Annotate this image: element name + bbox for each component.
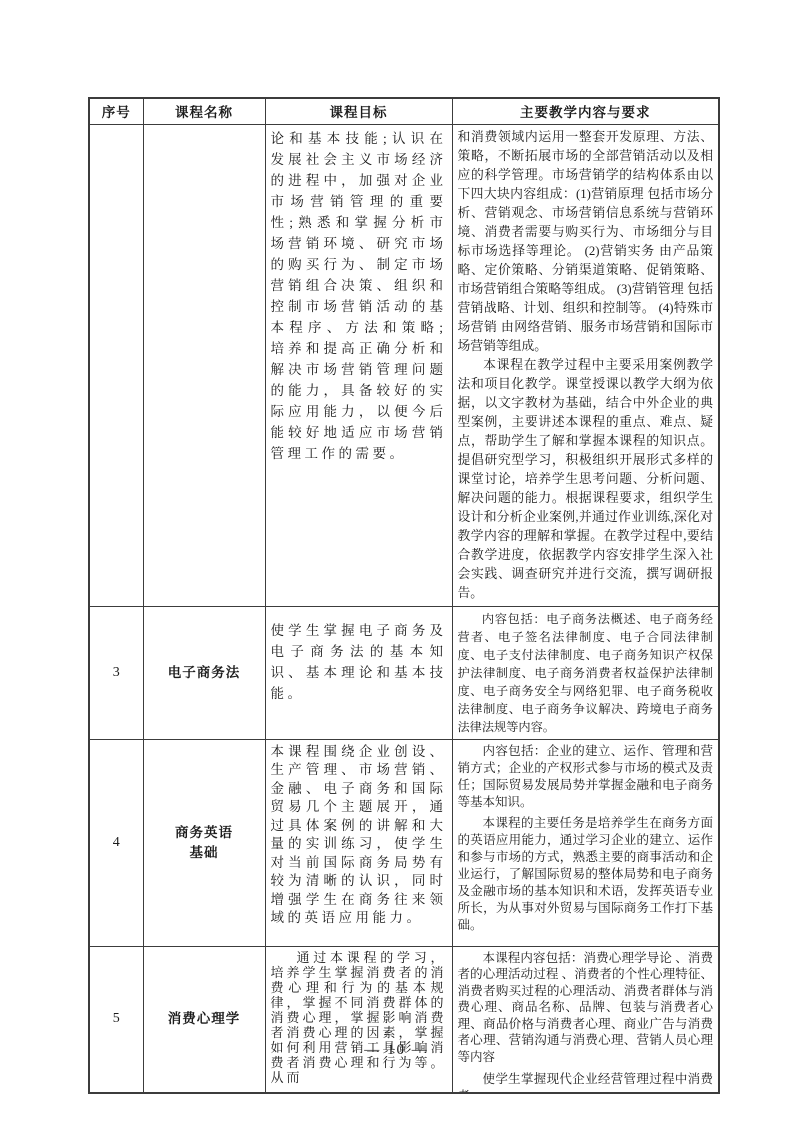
content-paragraph: 和消费领域内运用一整套开发原理、方法、策略，不断拓展市场的全部营销活动以及相应的… [458, 128, 714, 356]
objective-text: 论和基本技能;认识在发展社会主义市场经济的进程中，加强对企业市场营销管理的重要性… [271, 128, 447, 464]
course-name-cell: 商务英语 基础 [143, 739, 265, 946]
document-page: 序号 课程名称 课程目标 主要教学内容与要求 论和基本技能;认识在发展社会主义市… [0, 0, 793, 1122]
header-objectives: 课程目标 [265, 98, 452, 124]
header-content: 主要教学内容与要求 [452, 98, 719, 124]
objective-cell: 使学生掌握电子商务及电子商务法的基本知识、基本理论和基本技能。 [265, 606, 452, 739]
header-seq: 序号 [89, 98, 143, 124]
course-row: 4 商务英语 基础 本课程围绕企业创设、生产管理、市场营销、金融、电子商务和国际… [89, 739, 719, 946]
table-header-row: 序号 课程名称 课程目标 主要教学内容与要求 [89, 98, 719, 124]
seq-cell: 3 [89, 606, 143, 739]
content-paragraph: 使学生掌握现代企业经营管理过程中消费者 [458, 1071, 714, 1092]
course-name-cell: 电子商务法 [143, 606, 265, 739]
objective-text: 本课程围绕企业创设、生产管理、市场营销、金融、电子商务和国际贸易几个主题展开，通… [271, 743, 447, 928]
content-paragraph: 内容包括：电子商务法概述、电子商务经营者、电子签名法律制度、电子合同法律制度、电… [458, 610, 714, 736]
content-cell: 和消费领域内运用一整套开发原理、方法、策略，不断拓展市场的全部营销活动以及相应的… [452, 124, 719, 606]
content-cell: 本课程内容包括：消费心理学导论 、消费者的心理活动过程 、消费者的个性心理特征、… [452, 946, 719, 1093]
course-table: 序号 课程名称 课程目标 主要教学内容与要求 论和基本技能;认识在发展社会主义市… [88, 97, 720, 1094]
course-row-continuation: 论和基本技能;认识在发展社会主义市场经济的进程中，加强对企业市场营销管理的重要性… [89, 124, 719, 606]
content-paragraph: 本课程的主要任务是培养学生在商务方面的英语应用能力，通过学习企业的建立、运作和参… [458, 815, 714, 934]
course-name-line: 商务英语 [144, 823, 265, 843]
seq-cell [89, 124, 143, 606]
seq-cell: 5 [89, 946, 143, 1093]
page-number: — 10 — [0, 1042, 793, 1059]
header-course-name: 课程名称 [143, 98, 265, 124]
objective-cell: 论和基本技能;认识在发展社会主义市场经济的进程中，加强对企业市场营销管理的重要性… [265, 124, 452, 606]
content-paragraph: 本课程在教学过程中主要采用案例教学法和项目化教学。课堂授课以教学大纲为依据，以文… [458, 356, 714, 603]
course-name-line: 基础 [144, 843, 265, 863]
seq-cell: 4 [89, 739, 143, 946]
course-name-cell: 消费心理学 [143, 946, 265, 1093]
objective-cell: 通过本课程的学习，培养学生掌握消费者的消费心理和行为的基本规律，掌握不同消费群体… [265, 946, 452, 1093]
content-cell: 内容包括：电子商务法概述、电子商务经营者、电子签名法律制度、电子合同法律制度、电… [452, 606, 719, 739]
content-paragraph: 内容包括：企业的建立、运作、管理和营销方式；企业的产权形式参与市场的模式及责任；… [458, 743, 714, 811]
course-row: 5 消费心理学 通过本课程的学习，培养学生掌握消费者的消费心理和行为的基本规律，… [89, 946, 719, 1093]
course-row: 3 电子商务法 使学生掌握电子商务及电子商务法的基本知识、基本理论和基本技能。 … [89, 606, 719, 739]
objective-text: 使学生掌握电子商务及电子商务法的基本知识、基本理论和基本技能。 [271, 620, 447, 704]
course-name-cell [143, 124, 265, 606]
content-cell: 内容包括：企业的建立、运作、管理和营销方式；企业的产权形式参与市场的模式及责任；… [452, 739, 719, 946]
objective-cell: 本课程围绕企业创设、生产管理、市场营销、金融、电子商务和国际贸易几个主题展开，通… [265, 739, 452, 946]
objective-text: 通过本课程的学习，培养学生掌握消费者的消费心理和行为的基本规律，掌握不同消费群体… [271, 950, 447, 1085]
